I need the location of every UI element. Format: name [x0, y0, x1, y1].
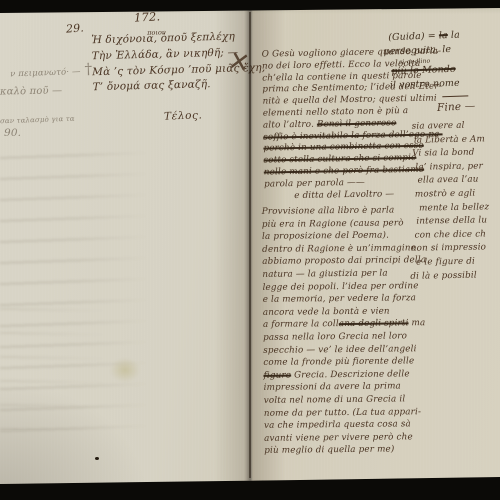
- margin-number: 90.: [4, 127, 21, 139]
- text-line: perseguita, le: [384, 44, 452, 57]
- text-line: e le figure di: [416, 255, 490, 270]
- text-line: Vi sia la bond: [412, 147, 488, 162]
- folio-number: 29.: [66, 21, 85, 35]
- text-line: la Libertà e Am: [414, 133, 488, 148]
- text-line: più meglio di quella per me): [264, 443, 428, 457]
- struck-text: ana degli spirti: [339, 319, 409, 330]
- end-mark: Τέλος.: [164, 109, 203, 122]
- text-segment: la: [448, 30, 460, 41]
- ink-speck: [95, 457, 99, 460]
- paper-stain: [110, 358, 140, 382]
- struck-text: la: [439, 30, 448, 41]
- margin-note: ν πειμανωτό· —†: [10, 60, 93, 81]
- text-line: intense della lu: [416, 214, 489, 229]
- fine-heading: Fine —: [437, 100, 476, 114]
- text-segment: Grecia. Descrizione delle: [291, 369, 410, 380]
- text-line: più era in Ragione (causa però: [262, 217, 426, 231]
- text-line: con che dice ch: [414, 228, 489, 243]
- text-line: e la memoria, per vedere la forza: [263, 292, 427, 306]
- text-line: ella avea l’au: [418, 174, 489, 189]
- text-line: volta nel nome di una Grecia il: [264, 393, 428, 407]
- text-line: abbiamo proposto dai principi della: [262, 255, 426, 269]
- text-line: mostrò e agli: [415, 187, 489, 202]
- text-segment: (Guida) =: [388, 30, 439, 43]
- gutter-crease: [249, 12, 251, 478]
- margin-note: σαν ταλασμὸ για τα: [0, 115, 75, 126]
- text-line: la’ inspira, per: [415, 160, 488, 175]
- text-line: passa nella loro Grecia nel loro: [263, 330, 427, 344]
- book-spread: 29. 172. ποιον Ἡ διχόνοια, ὁποῦ ξεπλέχη …: [0, 0, 500, 500]
- text-line: di là e possibil: [410, 269, 490, 284]
- text-line: mente la bellez: [419, 201, 489, 216]
- italian-paragraph-2: Provvisione alla libro è parla più era i…: [262, 204, 429, 458]
- text-line: non si impressio: [411, 242, 490, 257]
- manuscript-scan: 29. 172. ποιον Ἡ διχόνοια, ὁποῦ ξεπλέχη …: [0, 0, 500, 500]
- bleedthrough-texture: [0, 300, 120, 430]
- text-line: sia avere al: [412, 119, 488, 134]
- text-line: figure Grecia. Descrizione delle: [263, 368, 427, 382]
- right-column: sia avere al la Libertà e Am Vi sia la b…: [412, 119, 491, 283]
- text-line: avanti viene per vivere però che: [264, 431, 428, 445]
- stanza-superscript: ποιον: [147, 25, 166, 41]
- margin-note-text: ν πειμανωτό· —: [10, 67, 81, 79]
- struck-line: più lo Mondo: [391, 64, 456, 77]
- stanza-number: 172.: [134, 9, 161, 24]
- margin-note: καλὸ ποῦ —: [0, 85, 62, 97]
- dagger-mark: †: [84, 60, 92, 78]
- text-segment: ma: [409, 319, 426, 329]
- struck-text: Bensì il generoso: [317, 118, 397, 129]
